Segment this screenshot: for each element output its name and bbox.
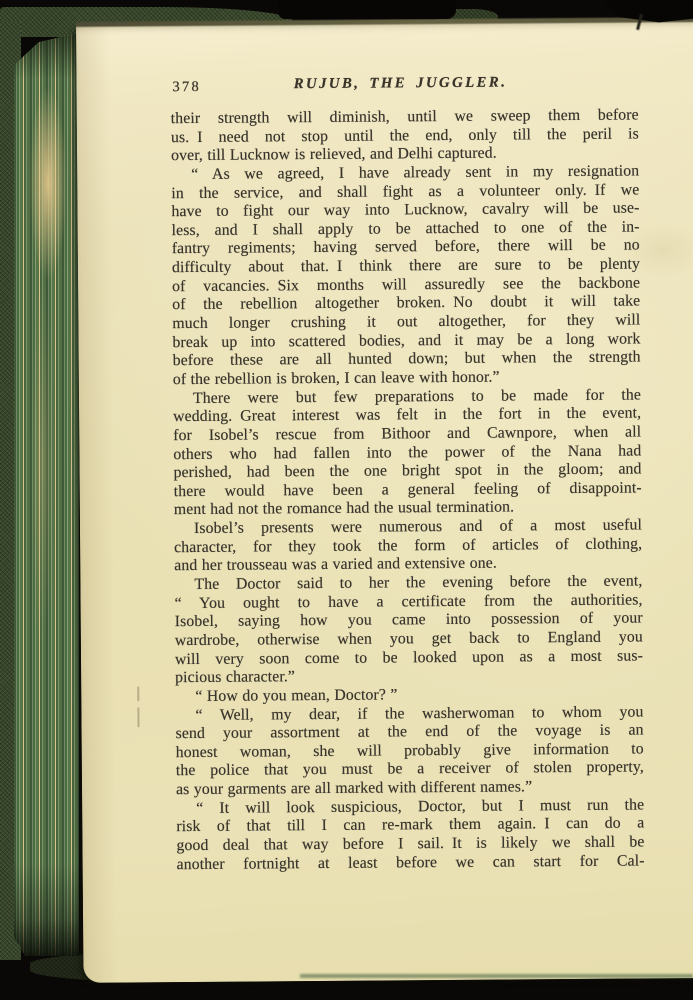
book-photo: 378 RUJUB, THE JUGGLER. their strength w… <box>0 0 693 1000</box>
page-header: 378 RUJUB, THE JUGGLER. <box>170 73 638 97</box>
page-fore-edges <box>14 33 79 956</box>
text-line: before these are all hunted down; but wh… <box>173 349 641 371</box>
margin-mark <box>137 686 139 701</box>
text-line: the police that you must be a receiver o… <box>176 759 644 781</box>
text-line: another fortnight at least before we can… <box>177 852 645 874</box>
page-text: their strength will diminish, until we s… <box>171 106 645 874</box>
cover-shadow-top <box>278 0 456 19</box>
text-line: will very soon come to be looked upon as… <box>175 647 643 669</box>
page-bottom-edge-tint <box>300 974 693 978</box>
running-title: RUJUB, THE JUGGLER. <box>166 74 634 95</box>
margin-mark <box>137 707 139 727</box>
book-page: 378 RUJUB, THE JUGGLER. their strength w… <box>76 20 693 983</box>
